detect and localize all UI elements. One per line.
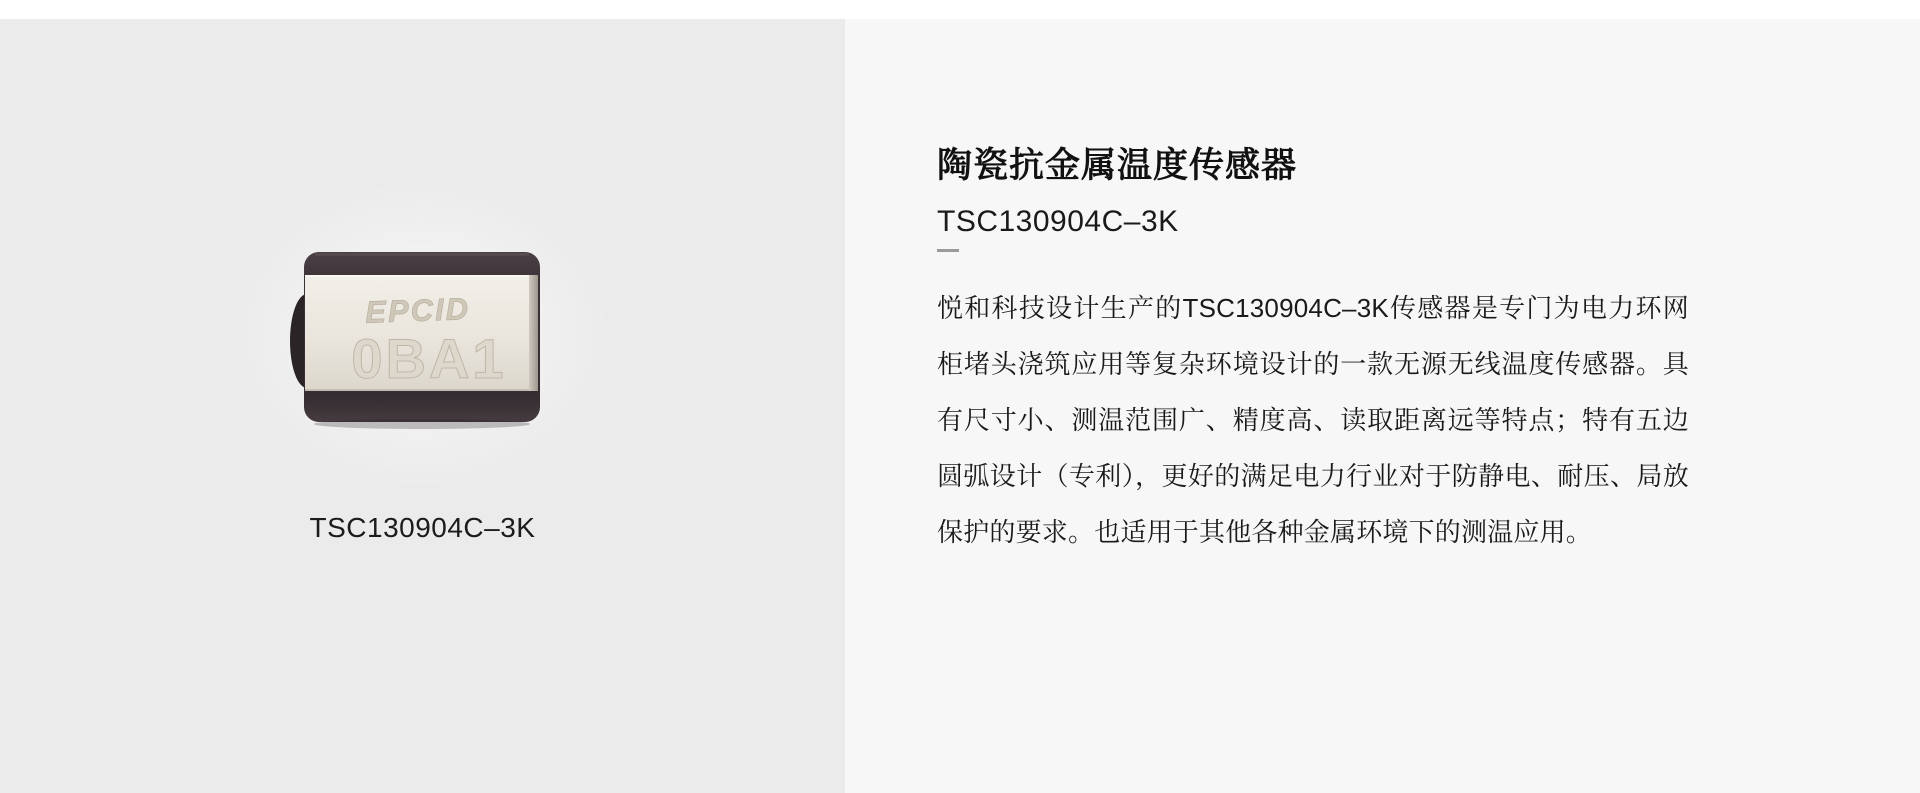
sensor-illustration: EPCID 0BA1: [281, 241, 563, 433]
product-model: TSC130904C–3K: [937, 202, 1920, 241]
sensor-engraving-brand: EPCID: [365, 291, 471, 330]
product-caption: TSC130904C–3K: [0, 512, 845, 544]
product-description: 悦和科技设计生产的TSC130904C–3K传感器是专门为电力环网柜堵头浇筑应用…: [937, 280, 1689, 560]
top-white-strip: [0, 0, 1920, 19]
product-photo-panel: EPCID 0BA1 TSC130904C–3K: [0, 19, 845, 793]
product-details: 陶瓷抗金属温度传感器 TSC130904C–3K 悦和科技设计生产的TSC130…: [845, 143, 1920, 560]
sensor-engraving-code: 0BA1: [351, 327, 506, 390]
sensor-face-right-bevel: [529, 275, 538, 391]
product-details-panel: 陶瓷抗金属温度传感器 TSC130904C–3K 悦和科技设计生产的TSC130…: [845, 19, 1920, 793]
product-title: 陶瓷抗金属温度传感器: [937, 143, 1920, 189]
product-photo: EPCID 0BA1: [281, 241, 563, 433]
product-page: EPCID 0BA1 TSC130904C–3K 陶瓷抗金属温度传感器 TSC1…: [0, 0, 1920, 793]
divider-dash: [937, 249, 959, 252]
